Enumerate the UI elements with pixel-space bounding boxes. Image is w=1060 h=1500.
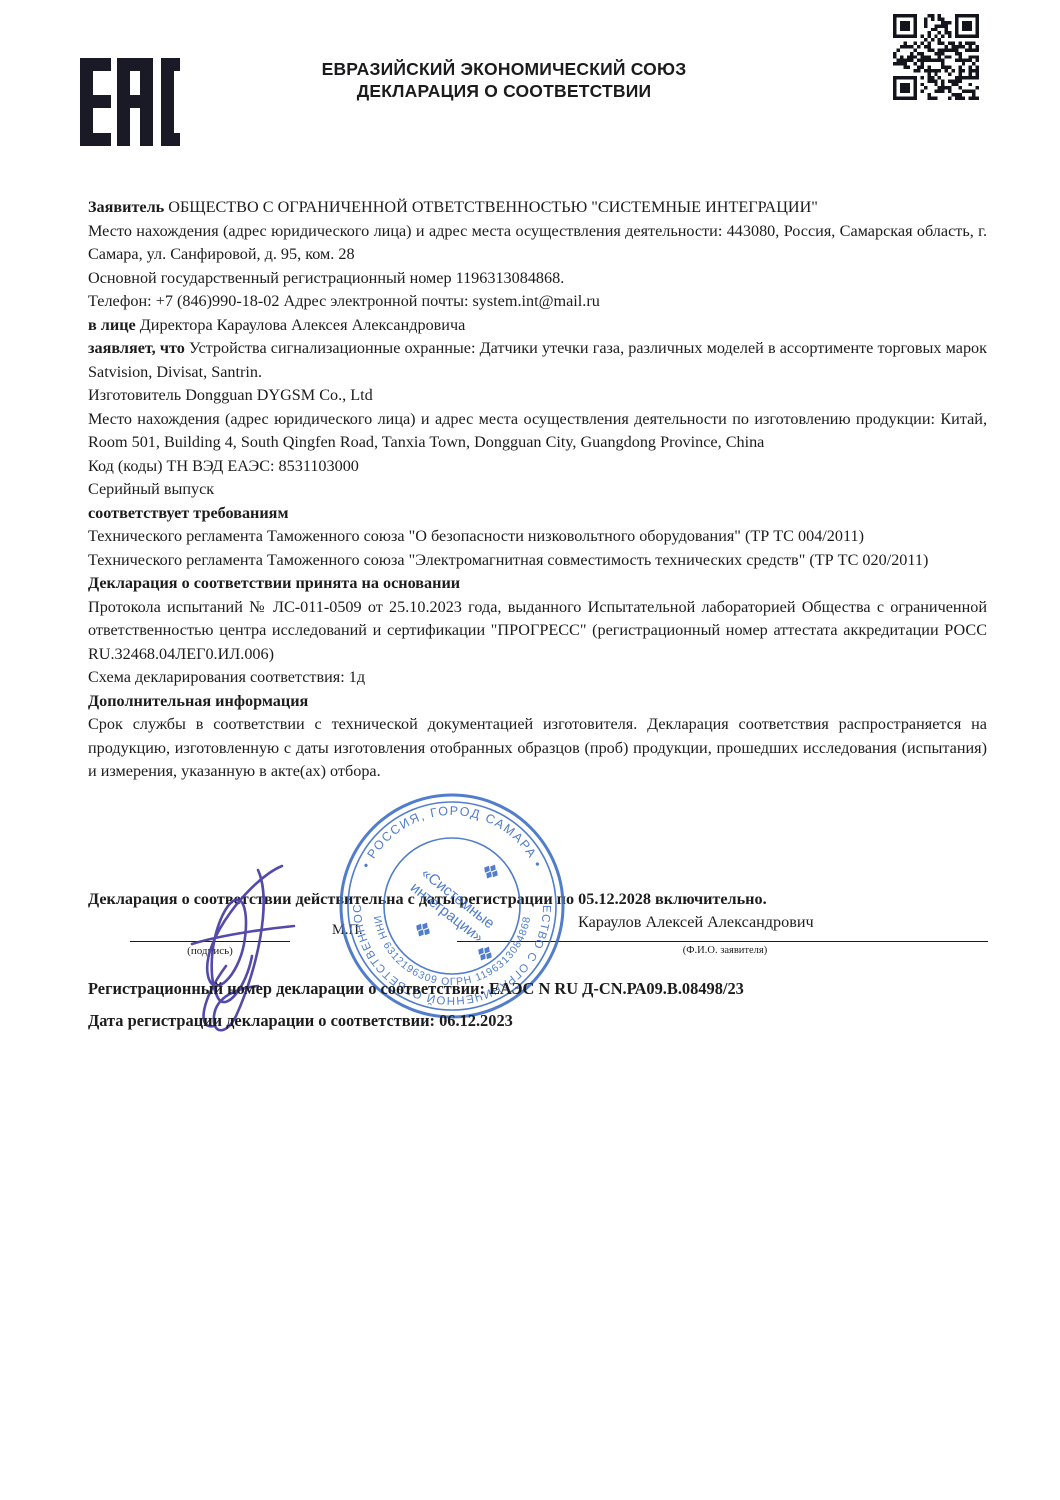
applicant-name-caption: (Ф.И.О. заявителя) [560,945,890,956]
body-paragraph: Дополнительная информация [88,690,987,714]
body-paragraph: Протокола испытаний № ЛС-011-0509 от 25.… [88,596,987,667]
body-paragraph: Срок службы в соответствии с технической… [88,713,987,784]
qr-code-icon [893,14,979,100]
body-paragraph: Декларация о соответствии принята на осн… [88,572,987,596]
body-paragraph: Место нахождения (адрес юридического лиц… [88,408,987,455]
title-line-1: ЕВРАЗИЙСКИЙ ЭКОНОМИЧЕСКИЙ СОЮЗ [78,58,930,80]
body-paragraph: Место нахождения (адрес юридического лиц… [88,220,987,267]
body-paragraph: Серийный выпуск [88,478,987,502]
body-paragraph: Изготовитель Dongguan DYGSM Co., Ltd [88,384,987,408]
registration-date-line: Дата регистрации декларации о соответств… [88,1011,513,1031]
body-text: Заявитель ОБЩЕСТВО С ОГРАНИЧЕННОЙ ОТВЕТС… [88,196,987,784]
body-paragraph: в лице Директора Караулова Алексея Алекс… [88,314,987,338]
svg-text:• РОССИЯ, ГОРОД САМАРА •: • РОССИЯ, ГОРОД САМАРА • [359,804,545,871]
applicant-name: Караулов Алексей Александрович [578,913,814,932]
body-paragraph: заявляет, что Устройства сигнализационны… [88,337,987,384]
registration-number-value: ЕАЭС N RU Д-CN.РА09.В.08498/23 [489,979,744,998]
body-paragraph: Технического регламента Таможенного союз… [88,525,987,549]
stamp-diamond-logo [412,919,434,941]
stamp-diamond-logo [480,861,502,883]
registration-number-line: Регистрационный номер декларации о соотв… [88,979,744,999]
registration-date-label: Дата регистрации декларации о соответств… [88,1011,439,1030]
title-line-2: ДЕКЛАРАЦИЯ О СООТВЕТСТВИИ [78,80,930,102]
registration-date-value: 06.12.2023 [439,1011,513,1030]
body-paragraph: соответствует требованиям [88,502,987,526]
body-paragraph: Технического регламента Таможенного союз… [88,549,987,573]
body-paragraph: Основной государственный регистрационный… [88,267,987,291]
document-title: ЕВРАЗИЙСКИЙ ЭКОНОМИЧЕСКИЙ СОЮЗ ДЕКЛАРАЦИ… [78,58,930,102]
declaration-document: ЕВРАЗИЙСКИЙ ЭКОНОМИЧЕСКИЙ СОЮЗ ДЕКЛАРАЦИ… [0,0,1060,1500]
registration-number-label: Регистрационный номер декларации о соотв… [88,979,489,998]
stamp-ring-top: • РОССИЯ, ГОРОД САМАРА • [359,804,545,871]
body-paragraph: Схема декларирования соответствия: 1д [88,666,987,690]
body-paragraph: Код (коды) ТН ВЭД ЕАЭС: 8531103000 [88,455,987,479]
body-paragraph: Телефон: +7 (846)990-18-02 Адрес электро… [88,290,987,314]
body-paragraph: Заявитель ОБЩЕСТВО С ОГРАНИЧЕННОЙ ОТВЕТС… [88,196,987,220]
